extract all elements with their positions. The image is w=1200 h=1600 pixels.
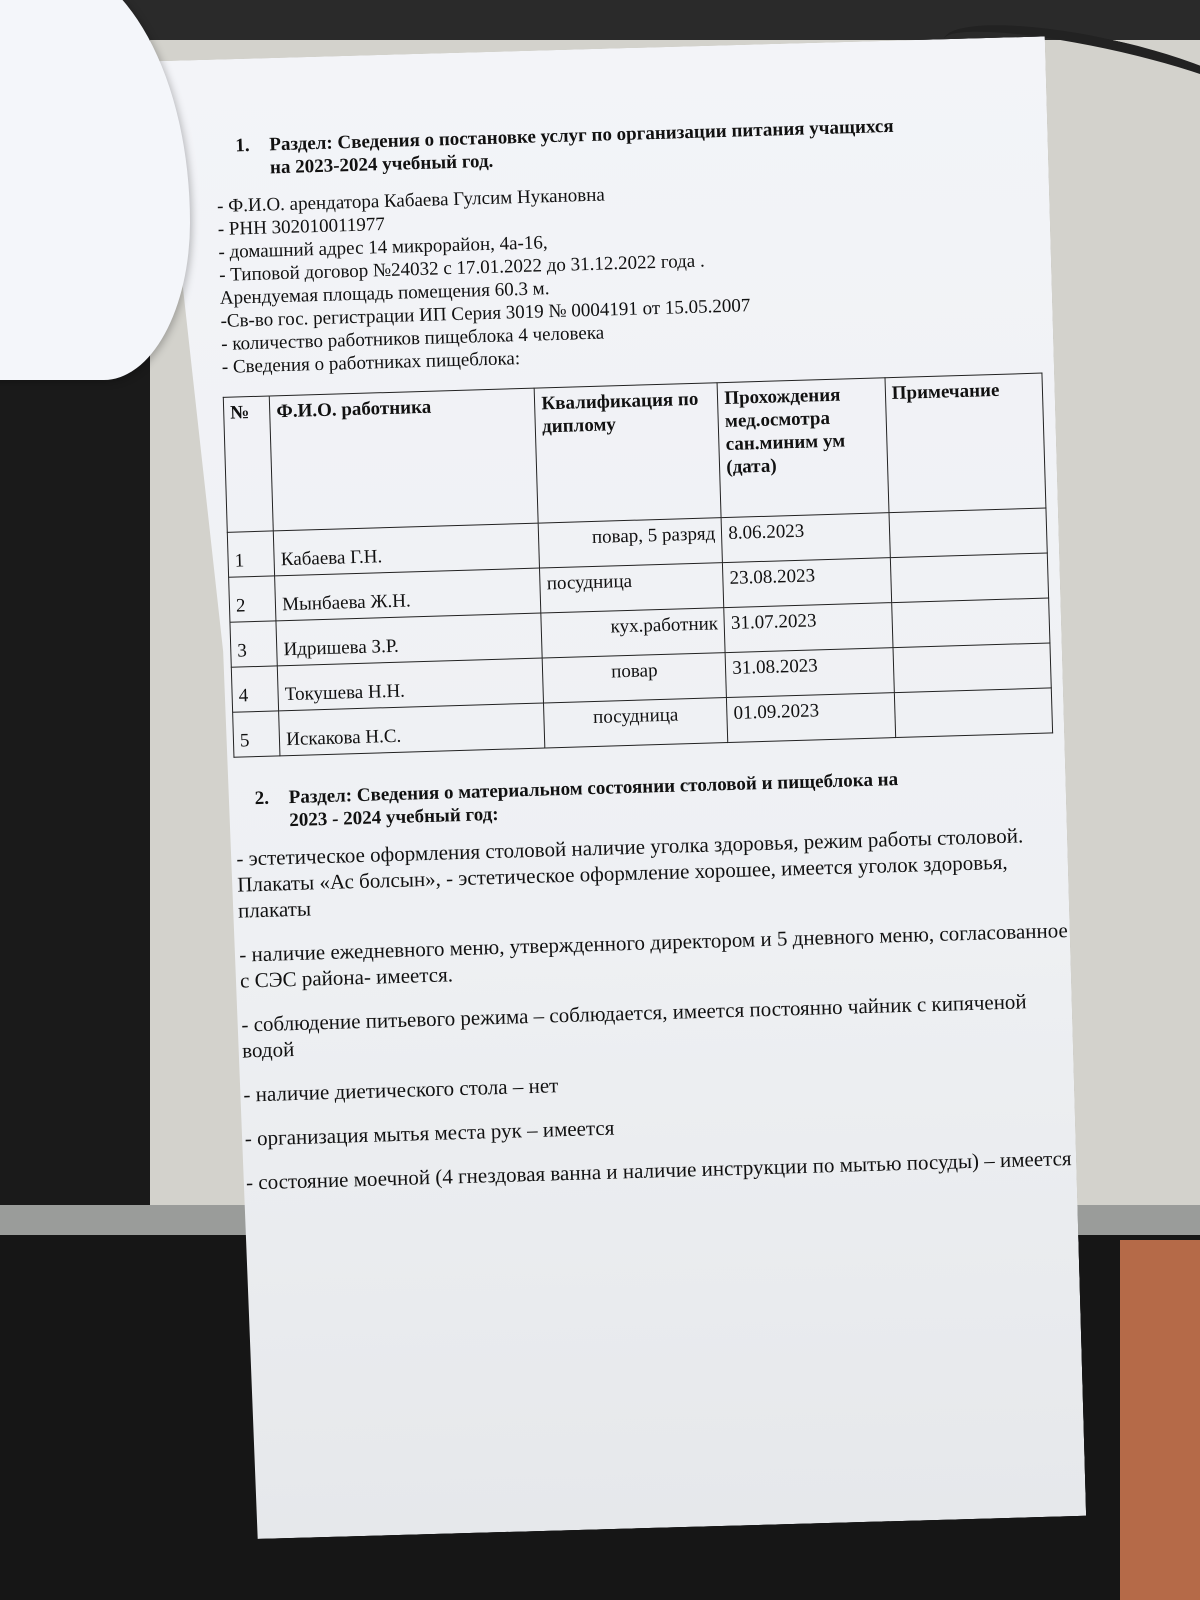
paragraph-drinking: - соблюдение питьевого режима – соблюдае…	[241, 987, 1072, 1064]
staff-table: № Ф.И.О. работника Квалификация по дипло…	[223, 373, 1053, 758]
paragraph-washroom: - состояние моечной (4 гнездовая ванна и…	[246, 1145, 1076, 1196]
section1-lines: - Ф.И.О. арендатора Кабаева Гулсим Нукан…	[217, 170, 1052, 379]
background-orange	[1120, 1240, 1200, 1600]
paragraph-menu: - наличие ежедневного меню, утвержденног…	[239, 917, 1070, 994]
table-header: № Ф.И.О. работника Квалификация по дипло…	[223, 373, 1046, 532]
section2-paragraphs: - эстетическое оформления столовой налич…	[236, 821, 1076, 1195]
section2-heading: 2. Раздел: Сведения о материальном состо…	[234, 763, 1065, 834]
paragraph-aesthetics: - эстетическое оформления столовой налич…	[236, 821, 1068, 924]
document-content: 1. Раздел: Сведения о постановке услуг п…	[215, 110, 1077, 1213]
paragraph-diet-table: - наличие диетического стола – нет	[243, 1057, 1073, 1108]
paragraph-handwashing: - организация мытья места рук – имеется	[244, 1101, 1074, 1152]
